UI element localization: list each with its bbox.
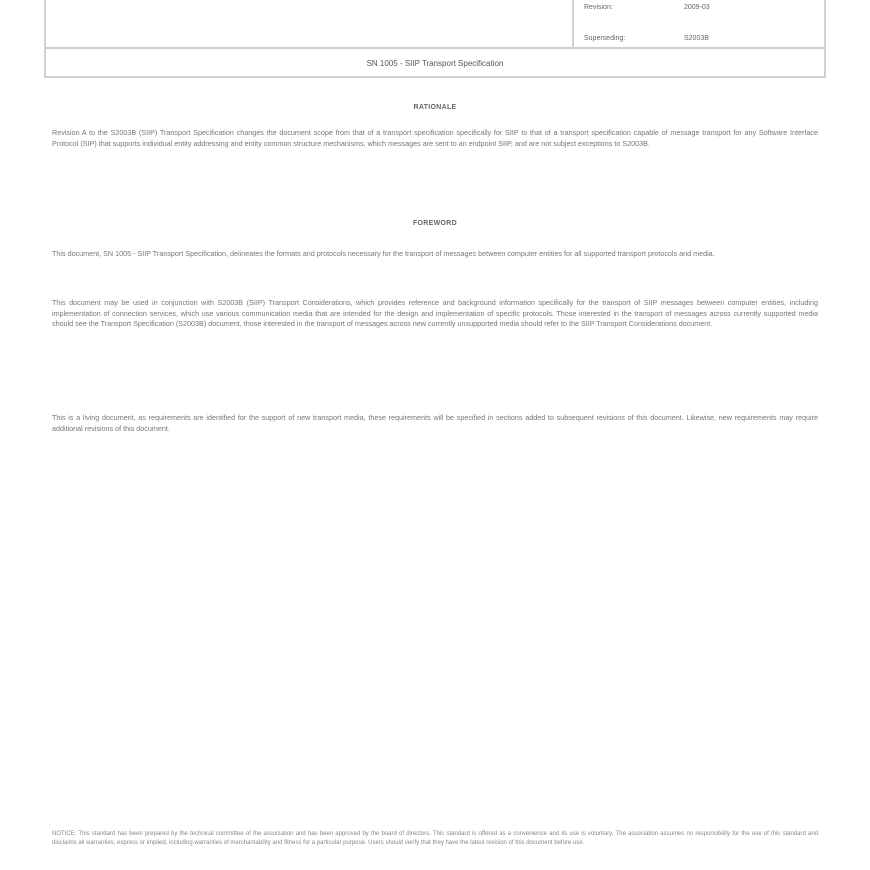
revision-value: 2009-03	[684, 4, 710, 11]
foreword-paragraph-2: This document may be used in conjunction…	[52, 298, 818, 330]
revision-block: Revision: 2009-03 Superseding: S2003B	[572, 0, 826, 47]
rationale-paragraph: Revision A to the S2003B (SIIP) Transpor…	[52, 128, 818, 149]
section-title-rationale: RATIONALE	[0, 104, 870, 111]
document-title: SN 1005 - SIIP Transport Specification	[44, 49, 826, 78]
superseding-label: Superseding:	[584, 35, 625, 42]
revision-label: Revision:	[584, 4, 613, 11]
foreword-paragraph-3: This is a living document, as requiremen…	[52, 413, 818, 434]
foreword-paragraph-1: This document, SN 1005 - SIIP Transport …	[52, 249, 818, 260]
footer-notice: NOTICE: This standard has been prepared …	[52, 830, 818, 848]
section-title-foreword: FOREWORD	[0, 220, 870, 227]
superseding-value: S2003B	[684, 35, 709, 42]
